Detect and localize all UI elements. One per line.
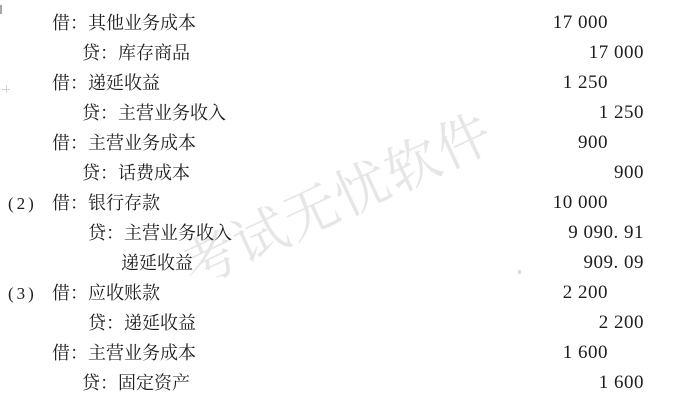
journal-entry-row: 贷：固定资产 1 600 [0, 368, 688, 398]
journal-entry-row: 贷：主营业务收入 1 250 [0, 98, 688, 128]
journal-entry-row: (2)借：银行存款 10 000 [0, 188, 688, 218]
journal-entry-row: 借：主营业务成本 900 [0, 128, 688, 158]
debit-amount: 1 600 [563, 338, 608, 368]
journal-entry-row: 递延收益 909. 09 [0, 248, 688, 278]
account-label: 借：递延收益 [52, 73, 160, 93]
journal-entry-row: 贷：主营业务收入 9 090. 91 [0, 218, 688, 248]
account-label: 贷：话费成本 [82, 163, 190, 183]
debit-amount: 900 [578, 128, 608, 158]
account-label: 借：银行存款 [52, 193, 160, 213]
entry-number: (3) [8, 279, 52, 309]
account-label: 借：主营业务成本 [52, 133, 196, 153]
journal-entry-row: (3)借：应收账款 2 200 [0, 278, 688, 308]
journal-entry-row: 借：主营业务成本 1 600 [0, 338, 688, 368]
account-label: 借：应收账款 [52, 283, 160, 303]
credit-amount: 9 090. 91 [568, 218, 644, 248]
debit-amount: 17 000 [553, 8, 608, 38]
debit-amount: 1 250 [563, 68, 608, 98]
journal-entry-row: 贷：话费成本 900 [0, 158, 688, 188]
credit-amount: 17 000 [589, 38, 644, 68]
credit-amount: 1 600 [599, 368, 644, 398]
account-label: 贷：固定资产 [82, 373, 190, 393]
account-label: 贷：递延收益 [88, 313, 196, 333]
account-label: 贷：主营业务收入 [88, 223, 232, 243]
credit-amount: 909. 09 [584, 248, 645, 278]
entry-number: (2) [8, 189, 52, 219]
journal-entry-row: 贷：库存商品 17 000 [0, 38, 688, 68]
account-label: 借：其他业务成本 [52, 13, 196, 33]
journal-entry-row: 借：递延收益 1 250 [0, 68, 688, 98]
document-page: 考试无忧软件 借：其他业务成本 17 000 贷：库存商品 17 000 借：递… [0, 0, 688, 402]
credit-amount: 1 250 [599, 98, 644, 128]
credit-amount: 900 [614, 158, 644, 188]
debit-amount: 10 000 [553, 188, 608, 218]
journal-entry-row: 借：其他业务成本 17 000 [0, 8, 688, 38]
debit-amount: 2 200 [563, 278, 608, 308]
journal-entry-row: 贷：递延收益 2 200 [0, 308, 688, 338]
account-label: 贷：主营业务收入 [82, 103, 226, 123]
account-label: 借：主营业务成本 [52, 343, 196, 363]
account-label: 递延收益 [121, 253, 193, 273]
account-label: 贷：库存商品 [82, 43, 190, 63]
credit-amount: 2 200 [599, 308, 644, 338]
journal-entries: 借：其他业务成本 17 000 贷：库存商品 17 000 借：递延收益 1 2… [0, 0, 688, 402]
